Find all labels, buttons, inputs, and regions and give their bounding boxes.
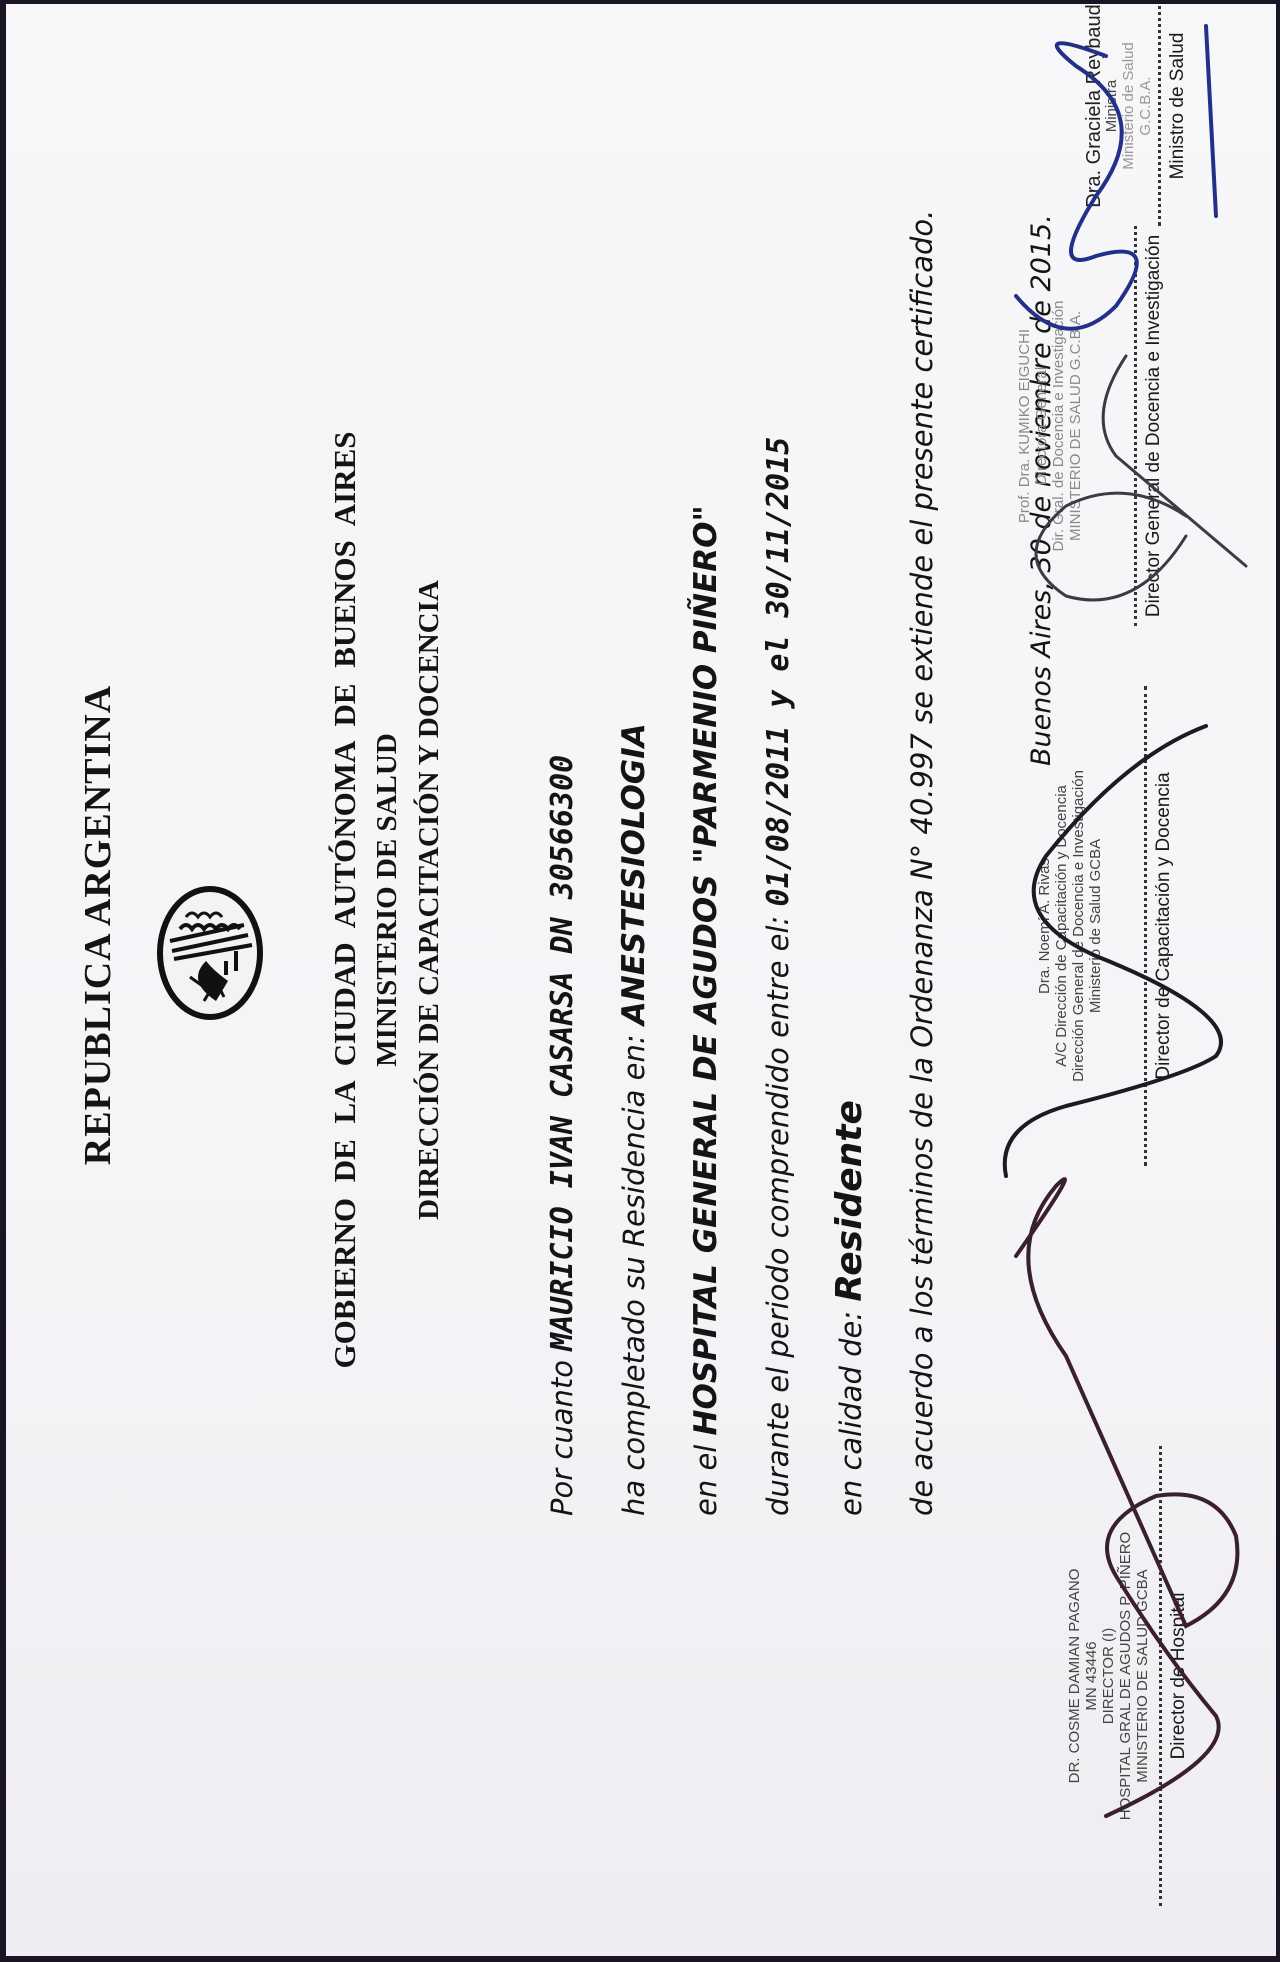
stamp-line: Dra. Noemí A. Rivas [1036,656,1053,1196]
hospital-prefix: en el [689,1435,723,1516]
period-line: durante el periodo comprendido entre el:… [742,210,814,1516]
ministry-line: MINISTERIO DE SALUD [366,4,408,1796]
signature-role: Ministro de Salud [1167,4,1189,236]
stamp-line: Ministra [1103,4,1120,236]
signature-line [1134,226,1137,626]
stamp-line: A/C Dirección de Capacitación y Docencia [1053,656,1070,1196]
signature-health-minister: Dra. Graciela Reybaud Ministra Ministeri… [1086,4,1189,236]
signature-stamp: Prof. Dra. KUMIKO EIGUCHI Directora Gene… [1016,216,1084,636]
period-value: 01/08/2011 y el 30/11/2015 [761,437,796,907]
signature-training-director: Dra. Noemí A. Rivas A/C Dirección de Cap… [1036,656,1175,1196]
stamp-line: Dir. Gral. de Docencia e Investigación [1050,216,1067,636]
stamp-line: HOSPITAL GRAL DE AGUDOS P. PIÑERO [1117,1426,1134,1926]
hospital-line: en el HOSPITAL GENERAL DE AGUDOS "PARMEN… [670,210,742,1516]
ordinance-line: de acuerdo a los términos de la Ordenanz… [886,210,958,1516]
role-line: en calidad de: Residente [814,210,886,1516]
stamp-line: Dra. Graciela Reybaud [1086,4,1103,236]
recipient-line: Por cuanto MAURICIO IVAN CASARSA DN 3056… [526,210,598,1516]
specialty-line: ha completado su Residencia en: ANESTESI… [598,210,670,1516]
recipient-prefix: Por cuanto [545,1351,579,1516]
stamp-line: Ministerio de Salud GCBA [1087,656,1104,1196]
signature-general-director: Prof. Dra. KUMIKO EIGUCHI Directora Gene… [1016,216,1165,636]
recipient-name: MAURICIO IVAN CASARSA DN 30566300 [545,755,580,1351]
country-heading: REPUBLICA ARGENTINA [76,4,120,1956]
stamp-line: DIRECTOR (I) [1100,1426,1117,1926]
role-value: Residente [829,1100,870,1302]
signature-stamp: Dra. Graciela Reybaud Ministra Ministeri… [1086,4,1154,236]
directorate-line: DIRECCIÓN DE CAPACITACIÓN Y DOCENCIA [408,4,450,1796]
stamp-line: Directora General [1033,216,1050,636]
certificate-body: Por cuanto MAURICIO IVAN CASARSA DN 3056… [526,210,958,1516]
period-prefix: durante el periodo comprendido entre el: [761,906,795,1516]
stamp-line: MINISTERIO DE SALUD GCBA [1134,1426,1151,1926]
signature-role: Director General de Docencia e Investiga… [1143,216,1165,636]
stamp-line: DR. COSME DAMIAN PAGANO [1066,1426,1083,1926]
signature-stamp: Dra. Noemí A. Rivas A/C Dirección de Cap… [1036,656,1104,1196]
stamp-line: Dirección General de Docencia e Investig… [1070,656,1087,1196]
role-prefix: en calidad de: [834,1302,868,1516]
stamp-line: MINISTERIO DE SALUD G.C.B.A. [1067,216,1084,636]
signature-role: Director de Capacitación y Docencia [1153,656,1175,1196]
signature-hospital-director: DR. COSME DAMIAN PAGANO MN 43446 DIRECTO… [1066,1426,1190,1926]
stamp-line: Prof. Dra. KUMIKO EIGUCHI [1016,216,1033,636]
stamp-line: Ministerio de Salud [1120,4,1137,236]
stamp-line: MN 43446 [1083,1426,1100,1926]
stamp-line: G.C.B.A. [1137,4,1154,236]
signature-stamp: DR. COSME DAMIAN PAGANO MN 43446 DIRECTO… [1066,1426,1151,1926]
city-coat-of-arms-icon [156,885,264,1021]
signature-role: Director de Hospital [1168,1426,1190,1926]
residency-certificate: REPUBLICA ARGENTINA GOBIERNO DE LA CIUDA… [6,4,1276,1956]
issuer-block: GOBIERNO DE LA CIUDAD AUTÓNOMA DE BUENOS… [324,4,450,1956]
hospital-value: HOSPITAL GENERAL DE AGUDOS "PARMENIO PIÑ… [688,505,724,1435]
signature-line [1158,4,1161,226]
signature-line [1159,1446,1162,1906]
certificate-photo: REPUBLICA ARGENTINA GOBIERNO DE LA CIUDA… [6,4,1276,1956]
signature-line [1144,686,1147,1166]
specialty-prefix: ha completado su Residencia en: [617,1025,651,1516]
government-line: GOBIERNO DE LA CIUDAD AUTÓNOMA DE BUENOS… [324,4,366,1796]
specialty-value: ANESTESIOLOGIA [616,723,652,1025]
